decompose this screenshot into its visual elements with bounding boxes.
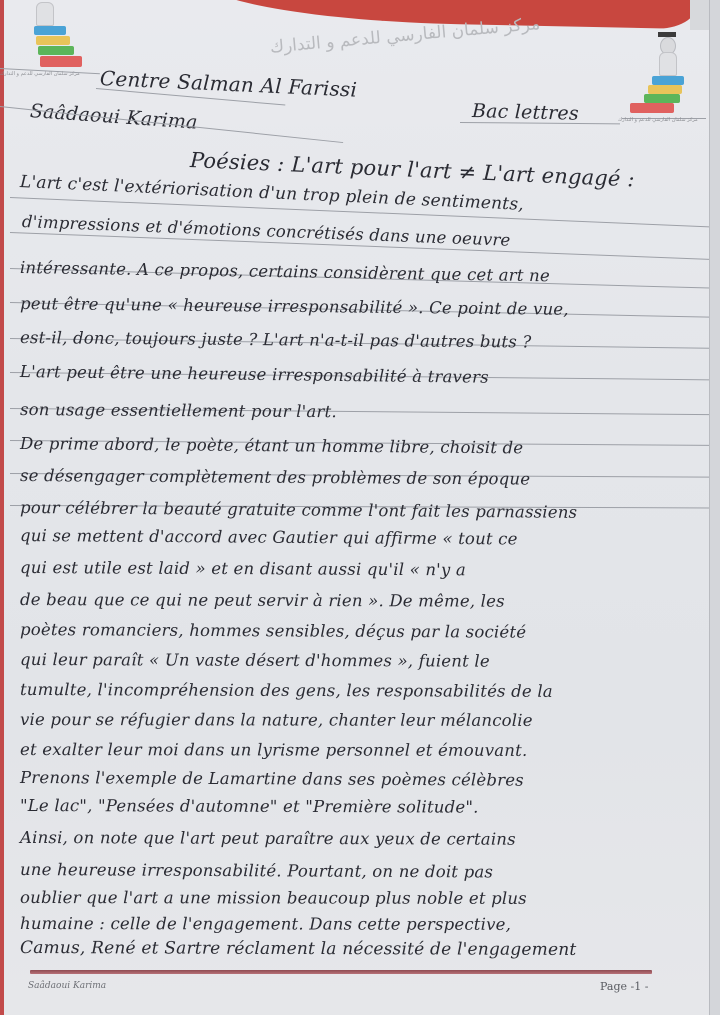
logo-books-left-icon: [14, 0, 84, 70]
book-yellow: [648, 85, 682, 94]
handwritten-page: مركز سلمان الفارسي للدعم و التدارك مركز …: [0, 0, 720, 1015]
essay-line: Prenons l'exemple de Lamartine dans ses …: [20, 768, 524, 790]
paper-right-edge: [709, 0, 720, 1015]
essay-line: humaine : celle de l'engagement. Dans ce…: [20, 914, 511, 934]
arabic-center-name: مركز سلمان الفارسي للدعم و التدارك: [200, 14, 540, 64]
essay-line: peut être qu'une « heureuse irresponsabi…: [20, 294, 569, 319]
book-green: [38, 46, 74, 55]
essay-line: une heureuse irresponsabilité. Pourtant,…: [20, 860, 493, 881]
footer-divider: [30, 970, 652, 974]
figure-body: [659, 52, 677, 76]
red-margin-edge: [0, 0, 4, 1015]
logo-caption-right: مركز سلمان الفارسي للدعم و التدارك: [618, 117, 698, 123]
essay-line: et exalter leur moi dans un lyrisme pers…: [20, 740, 527, 760]
essay-line: poètes romanciers, hommes sensibles, déç…: [20, 620, 526, 642]
book-red: [40, 56, 82, 67]
book-yellow: [36, 36, 70, 45]
logo-books-right-icon: [622, 30, 692, 100]
essay-line: oublier que l'art a une mission beaucoup…: [20, 888, 527, 908]
page-number: Page -1 -: [600, 980, 648, 993]
essay-line: Camus, René et Sartre réclament la néces…: [20, 938, 577, 960]
essay-line: qui leur paraît « Un vaste désert d'homm…: [20, 650, 490, 671]
essay-line: intéressante. A ce propos, certains cons…: [20, 258, 550, 285]
class-name: Bac lettres: [472, 100, 579, 125]
essay-line: se désengager complètement des problèmes…: [20, 466, 530, 489]
essay-line: son usage essentiellement pour l'art.: [20, 400, 337, 421]
book-green: [644, 94, 680, 103]
student-name: Saâdaoui Karima: [29, 100, 198, 134]
essay-line: De prime abord, le poète, étant un homme…: [20, 434, 523, 457]
essay-line: Ainsi, on note que l'art peut paraître a…: [20, 828, 516, 849]
figure-body: [36, 2, 54, 26]
school-name: Centre Salman Al Farissi: [99, 66, 357, 102]
book-blue: [34, 26, 66, 35]
essay-line: qui se mettent d'accord avec Gautier qui…: [20, 526, 518, 548]
essay-line: L'art peut être une heureuse irresponsab…: [20, 362, 489, 387]
essay-line: tumulte, l'incompréhension des gens, les…: [20, 680, 553, 701]
essay-line: est-il, donc, toujours juste ? L'art n'a…: [20, 328, 532, 351]
class-underline: [460, 122, 620, 124]
essay-line: "Le lac", "Pensées d'automne" et "Premiè…: [20, 796, 479, 817]
essay-line: vie pour se réfugier dans la nature, cha…: [20, 710, 533, 730]
footer-author: Saâdaoui Karima: [28, 981, 106, 991]
essay-line: d'impressions et d'émotions concrétisés …: [22, 212, 511, 250]
essay-line: de beau que ce qui ne peut servir à rien…: [20, 590, 505, 611]
essay-line: pour célébrer la beauté gratuite comme l…: [20, 498, 577, 522]
book-blue: [652, 76, 684, 85]
book-red: [630, 103, 674, 113]
essay-line: qui est utile est laid » et en disant au…: [20, 558, 466, 579]
